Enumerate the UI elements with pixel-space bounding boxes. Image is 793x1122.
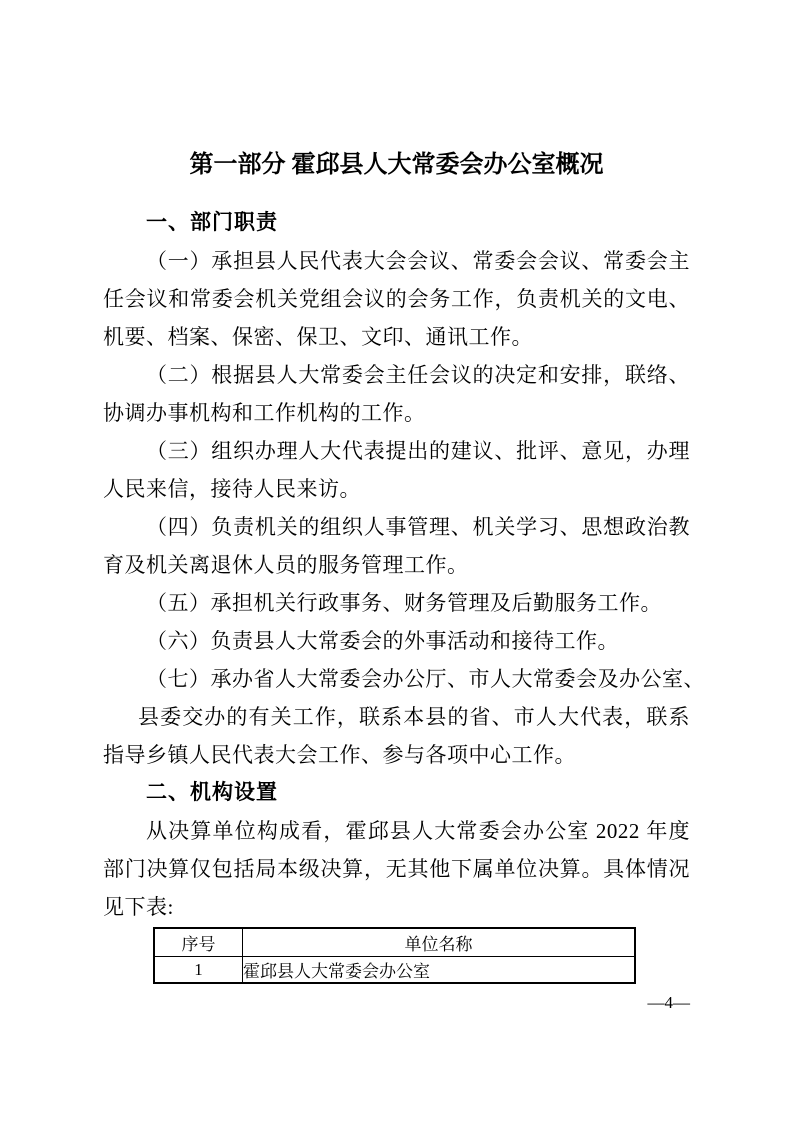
unit-table-body: 1 霍邱县人大常委会办公室 — [154, 957, 635, 984]
duty-paragraph-4: （四）负责机关的组织人事管理、机关学习、思想政治教育及机关离退休人员的服务管理工… — [103, 508, 690, 584]
document-page: { "document": { "title": "第一部分 霍邱县人大常委会办… — [0, 0, 793, 1122]
page-number: —4— — [648, 993, 691, 1013]
organization-paragraph: 从决算单位构成看，霍邱县人大常委会办公室 2022 年度部门决算仅包括局本级决算… — [103, 812, 690, 926]
table-row: 1 霍邱县人大常委会办公室 — [154, 957, 635, 984]
duty-paragraph-7: （七）承办省人大常委会办公厅、市人大常委会及办公室、 — [103, 660, 690, 698]
duty-paragraph-1: （一）承担县人民代表大会会议、常委会会议、常委会主任会议和常委会机关党组会议的会… — [103, 242, 690, 356]
duty-paragraph-2: （二）根据县人大常委会主任会议的决定和安排，联络、协调办事机构和工作机构的工作。 — [103, 356, 690, 432]
page-content: 第一部分 霍邱县人大常委会办公室概况 一、部门职责 （一）承担县人民代表大会会议… — [103, 0, 690, 984]
duty-paragraph-3: （三）组织办理人大代表提出的建议、批评、意见，办理人民来信，接待人民来访。 — [103, 432, 690, 508]
duty-paragraph-6: （六）负责县人大常委会的外事活动和接待工作。 — [103, 622, 690, 660]
table-header-row: 序号 单位名称 — [154, 928, 635, 957]
duty-paragraph-5: （五）承担机关行政事务、财务管理及后勤服务工作。 — [103, 584, 690, 622]
header-cell-unit-name: 单位名称 — [243, 928, 636, 957]
section-organization: 二、机构设置 从决算单位构成看，霍邱县人大常委会办公室 2022 年度部门决算仅… — [103, 774, 690, 926]
section-heading-duties: 一、部门职责 — [103, 204, 690, 242]
duty-paragraph-7-continued: 县委交办的有关工作，联系本县的省、市人大代表，联系指导乡镇人民代表大会工作、参与… — [103, 698, 690, 774]
cell-index: 1 — [154, 957, 243, 984]
unit-table-header: 序号 单位名称 — [154, 928, 635, 957]
section-duties: 一、部门职责 （一）承担县人民代表大会会议、常委会会议、常委会主任会议和常委会机… — [103, 204, 690, 774]
section-heading-organization: 二、机构设置 — [103, 774, 690, 812]
header-cell-index: 序号 — [154, 928, 243, 957]
unit-table: 序号 单位名称 1 霍邱县人大常委会办公室 — [153, 927, 636, 984]
page-title: 第一部分 霍邱县人大常委会办公室概况 — [103, 147, 690, 183]
cell-unit-name: 霍邱县人大常委会办公室 — [243, 957, 636, 984]
